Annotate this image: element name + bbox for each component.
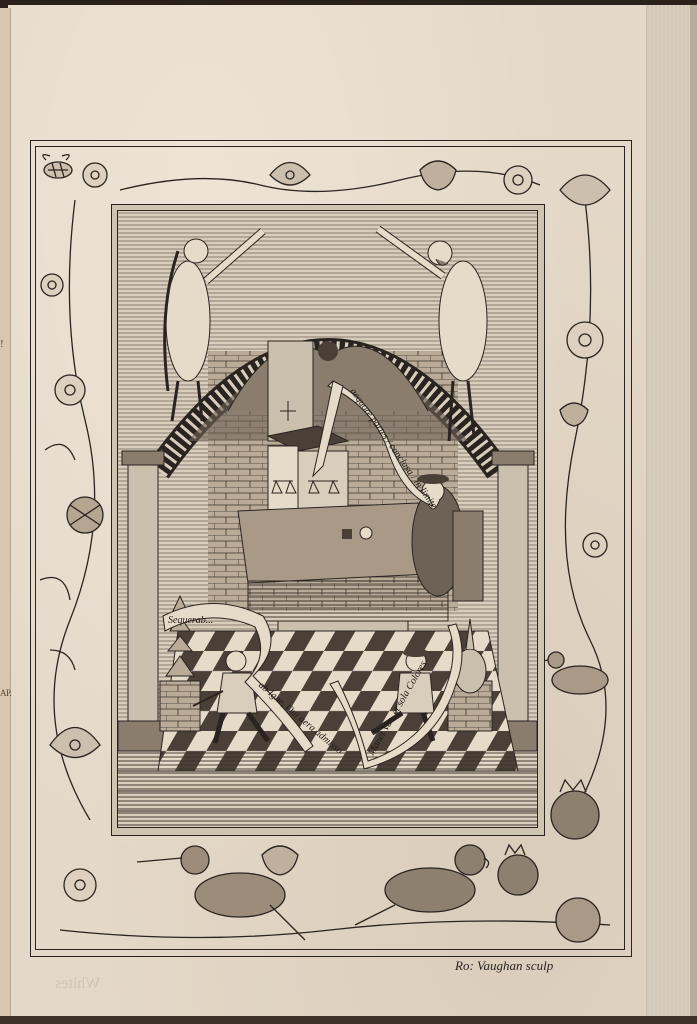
pomegranate-icon <box>556 898 600 942</box>
left-scroll-text: Sequerab... <box>168 615 213 626</box>
seal-icon <box>360 527 372 539</box>
bottom-vine <box>60 921 610 938</box>
rose-icon <box>83 163 107 187</box>
pomegranate-icon <box>498 845 538 895</box>
lily-icon <box>560 175 610 205</box>
pomegranate-icon <box>551 780 599 839</box>
vault-boss <box>318 341 338 361</box>
rose-icon <box>567 322 603 358</box>
rose-icon <box>41 274 63 296</box>
steps <box>118 751 537 827</box>
rose-icon <box>64 869 96 901</box>
engraving-plate: aequore partes / conclusa / in limite Se… <box>117 210 538 828</box>
pansy-icon <box>270 163 310 186</box>
tower <box>268 341 313 441</box>
cup-icon <box>342 529 352 539</box>
rose-icon <box>55 375 85 405</box>
rose-icon <box>583 533 607 557</box>
pansy-icon <box>50 728 100 758</box>
alchemy-scene: aequore partes / conclusa / in limite Se… <box>118 211 537 827</box>
engraver-signature: Ro: Vaughan sculp <box>455 958 553 974</box>
bird-icon <box>355 845 489 925</box>
right-vine <box>565 200 606 820</box>
bee-icon <box>43 155 72 178</box>
chair <box>453 511 483 601</box>
tulip-icon <box>420 161 456 190</box>
thistle-icon <box>67 497 103 533</box>
top-vine <box>120 171 540 191</box>
tulip-icon <box>262 846 298 875</box>
show-through-text: Whites <box>55 975 100 993</box>
rose-icon <box>504 166 532 194</box>
tulip-icon <box>560 403 588 426</box>
